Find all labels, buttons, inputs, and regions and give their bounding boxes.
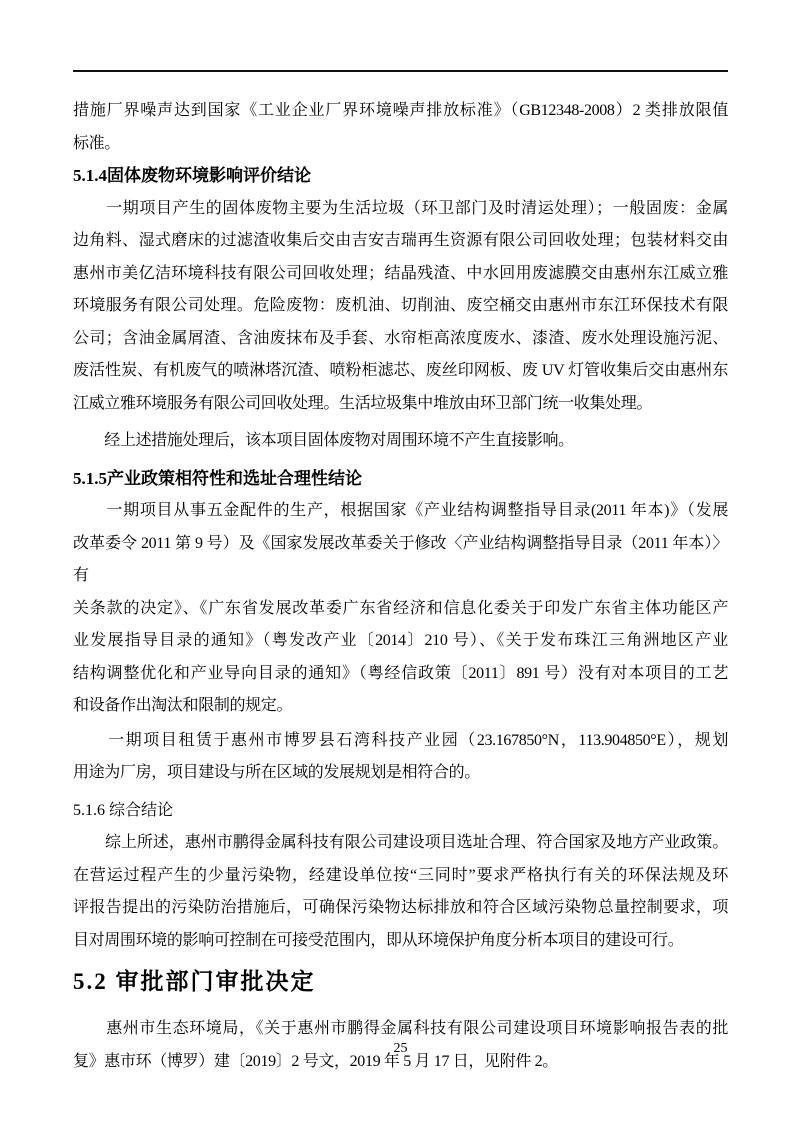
heading-5-1-4: 5.1.4固体废物环境影响评价结论 [73,160,728,193]
text-line: 一期项目租赁于惠州市博罗县石湾科技产业园（23.167850°N，113.904… [73,725,728,758]
para-site-location: 一期项目租赁于惠州市博罗县石湾科技产业园（23.167850°N，113.904… [73,725,728,790]
text-line: 目对周围环境的影响可控制在可接受范围内，即从环境保护角度分析本项目的建设可行。 [73,925,728,958]
text-line: 公司；含油金属屑渣、含油废抹布及手套、水帘柜高浓度废水、漆渣、废水处理设施污泥、 [73,323,728,356]
text-line: 经上述措施处理后，该本项目固体废物对周围环境不产生直接影响。 [73,425,728,458]
text-line: 业发展指导目录的通知》（粤发改产业〔2014〕210 号）、《关于发布珠江三角洲… [73,625,728,658]
text-line: 一期项目从事五金配件的生产，根据国家《产业结构调整指导目录(2011 年本)》（… [73,495,728,528]
text-line: 评报告提出的污染防治措施后，可确保污染物达标排放和符合区域污染物总量控制要求，项 [73,892,728,925]
document-page: 措施厂界噪声达到国家《工业企业厂界环境噪声排放标准》（GB12348-2008）… [0,0,794,1123]
text-line: 边角料、湿式磨床的过滤渣收集后交由吉安吉瑞再生资源有限公司回收处理；包装材料交由 [73,225,728,258]
page-number: 25 [73,1040,728,1058]
text-line: 环境服务有限公司处理。危险废物：废机油、切削油、废空桶交由惠州市东江环保技术有限 [73,290,728,323]
para-industrial-policy: 一期项目从事五金配件的生产，根据国家《产业结构调整指导目录(2011 年本)》（… [73,495,728,723]
text-line: 综上所述，惠州市鹏得金属科技有限公司建设项目选址合理、符合国家及地方产业政策。 [73,827,728,860]
text-line: 和设备作出淘汰和限制的规定。 [73,690,728,723]
heading-5-2: 5.2 审批部门审批决定 [73,959,728,1005]
header-rule [73,70,728,72]
text-line: 用途为厂房，项目建设与所在区域的发展规划是相符合的。 [73,757,728,790]
text-line: 关条款的决定》、《广东省发展改革委广东省经济和信息化委关于印发广东省主体功能区产 [73,593,728,626]
text-line: 江威立雅环境服务有限公司回收处理。生活垃圾集中堆放由环卫部门统一收集处理。 [73,388,728,421]
text-line: 改革委令 2011 第 9 号）及《国家发展改革委关于修改〈产业结构调整指导目录… [73,528,728,593]
text-line: 标准。 [73,128,728,161]
document-body: 措施厂界噪声达到国家《工业企业厂界环境噪声排放标准》（GB12348-2008）… [73,95,728,1078]
text-line: 惠州市美亿洁环境科技有限公司回收处理；结晶残渣、中水回用废滤膜交由惠州东江威立雅 [73,258,728,291]
para-noise-standard: 措施厂界噪声达到国家《工业企业厂界环境噪声排放标准》（GB12348-2008）… [73,95,728,160]
text-line: 一期项目产生的固体废物主要为生活垃圾（环卫部门及时清运处理）；一般固废：金属 [73,193,728,226]
heading-5-1-5: 5.1.5产业政策相符性和选址合理性结论 [73,463,728,496]
text-line: 在营运过程产生的少量污染物，经建设单位按“三同时”要求严格执行有关的环保法规及环 [73,860,728,893]
para-solid-waste: 一期项目产生的固体废物主要为生活垃圾（环卫部门及时清运处理）；一般固废：金属边角… [73,193,728,421]
heading-5-1-6: 5.1.6 综合结论 [73,795,728,828]
text-line: 废活性炭、有机废气的喷淋塔沉渣、喷粉柜滤芯、废丝印网板、废 UV 灯管收集后交由… [73,355,728,388]
text-line: 结构调整优化和产业导向目录的通知》（粤经信政策〔2011〕891 号）没有对本项… [73,658,728,691]
para-solid-waste-conclusion: 经上述措施处理后，该本项目固体废物对周围环境不产生直接影响。 [73,425,728,458]
para-overall-conclusion: 综上所述，惠州市鹏得金属科技有限公司建设项目选址合理、符合国家及地方产业政策。在… [73,827,728,957]
text-line: 措施厂界噪声达到国家《工业企业厂界环境噪声排放标准》（GB12348-2008）… [73,95,728,128]
